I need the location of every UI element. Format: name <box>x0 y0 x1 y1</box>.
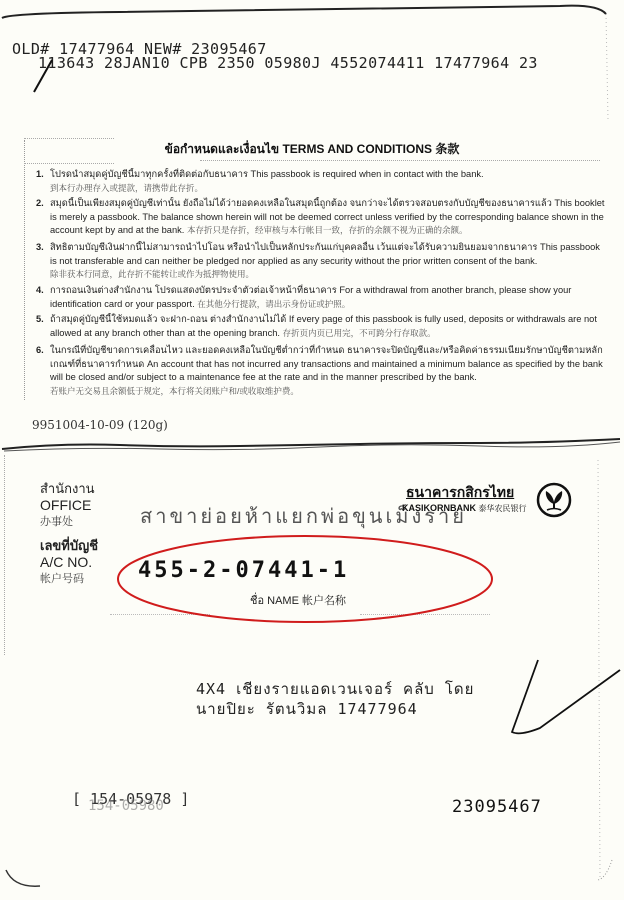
terms-title-rule <box>200 160 600 161</box>
term-item: 5. ถ้าสมุดคู่บัญชีนี้ใช้หมดแล้ว จะฝาก-ถอ… <box>36 313 606 340</box>
red-highlight-ellipse <box>112 530 498 628</box>
bank-name-th: ธนาคารกสิกรไทย <box>406 482 514 504</box>
account-label-group: เลขที่บัญชี A/C NO. 帐户号码 <box>40 537 98 588</box>
bank-name-en-zh: KASIKORNBANK 泰华农民银行 <box>402 503 527 514</box>
holder-line-2: นายปิยะ รัตนวิมล 17477964 <box>196 697 418 721</box>
term-item: 2. สมุดนี้เป็นเพียงสมุดคู่บัญชีเท่านั้น … <box>36 197 606 238</box>
terms-title-zh: 条款 <box>435 142 459 156</box>
terms-title-th: ข้อกำหนดและเงื่อนไข <box>165 142 279 156</box>
terms-title-en: TERMS AND CONDITIONS <box>282 142 432 156</box>
overprint-ghost: 154-05980 <box>88 798 164 814</box>
transaction-print-line: 113643 28JAN10 CPB 2350 05980J 455207441… <box>38 54 538 72</box>
office-label-group: สำนักงาน OFFICE 办事处 <box>40 480 95 531</box>
account-label-th: เลขที่บัญชี <box>40 537 98 554</box>
new-passbook-number: 23095467 <box>452 797 542 817</box>
signature-check-mark <box>500 650 624 750</box>
account-label-zh: 帐户号码 <box>40 571 98 588</box>
office-label-th: สำนักงาน <box>40 480 95 497</box>
account-label-en: A/C NO. <box>40 554 98 571</box>
office-label-en: OFFICE <box>40 497 95 514</box>
pen-stroke-mark <box>30 58 60 98</box>
page-fold-divider <box>0 435 624 455</box>
term-item: 4. การถอนเงินต่างสำนักงาน โปรดแสดงบัตรปร… <box>36 284 606 311</box>
term-item: 1. โปรดนำสมุดคู่บัญชีนี้มาทุกครั้งที่ติด… <box>36 168 606 194</box>
kasikornbank-logo-icon <box>536 482 572 518</box>
term-item: 3. สิทธิตามบัญชีเงินฝากนี้ไม่สามารถนำไปโ… <box>36 241 606 282</box>
office-label-zh: 办事处 <box>40 514 95 531</box>
terms-title: ข้อกำหนดและเงื่อนไข TERMS AND CONDITIONS… <box>0 140 624 159</box>
left-edge <box>4 455 5 655</box>
term-item: 6. ในกรณีที่บัญชีขาดการเคลื่อนไหว และยอด… <box>36 344 606 398</box>
form-code: 9951004-10-09 (120g) <box>32 418 168 432</box>
